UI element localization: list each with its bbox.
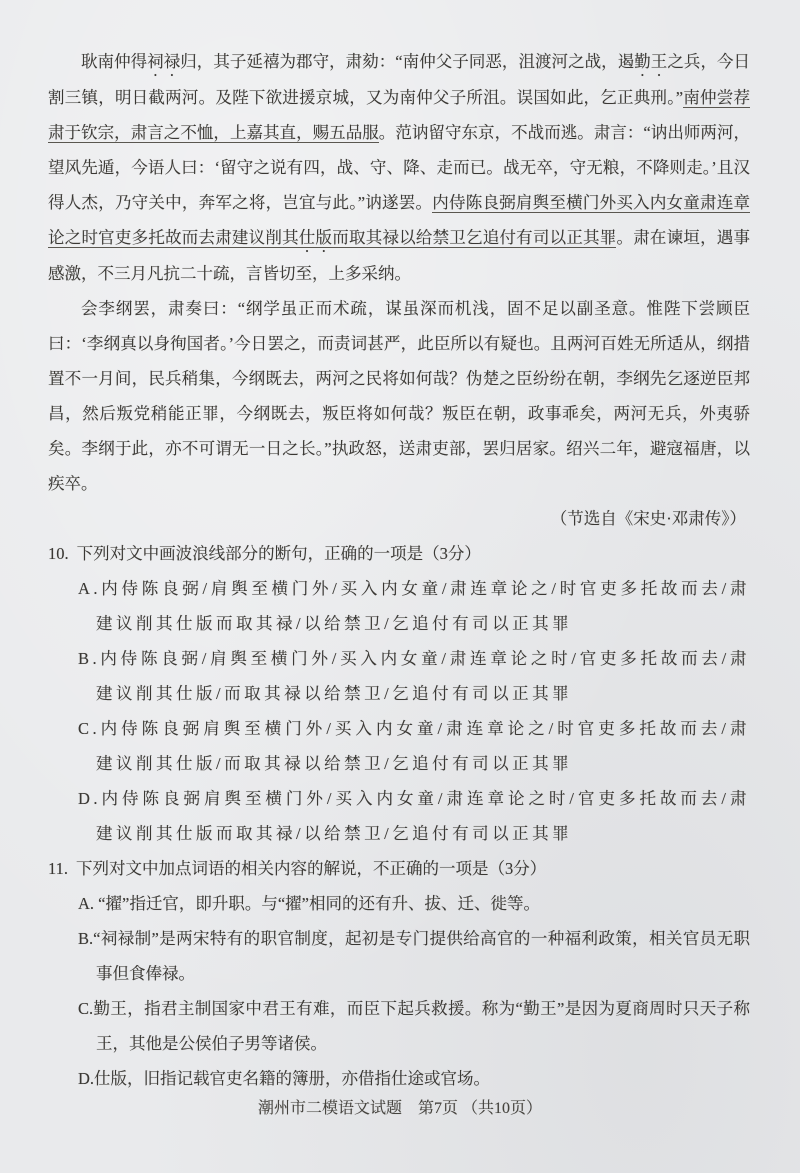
question-11: 11.下列对文中加点词语的相关内容的解说，不正确的一项是（3分） A. “擢”指… xyxy=(48,851,750,1096)
wavy-underlined-dotted-term: 仕版 xyxy=(299,228,332,248)
question-10-number: 10. xyxy=(48,544,69,563)
question-10-option-a: A.内侍陈良弼/肩舆至横门外/买入内女童/肃连章论之/时官吏多托故而去/肃建议削… xyxy=(48,571,750,641)
page-footer: 潮州市二模语文试题 第7页 （共10页） xyxy=(0,1097,800,1121)
wavy-underlined-passage: 而取其禄以给禁卫乞追付有司以正其罪 xyxy=(332,228,616,248)
emphasis-dotted-term: 勤王 xyxy=(634,52,667,71)
question-11-stem: 11.下列对文中加点词语的相关内容的解说，不正确的一项是（3分） xyxy=(48,851,750,886)
passage-paragraph-2: 会李纲罢，肃奏曰：“纲学虽正而术疏，谋虽深而机浅，固不足以副圣意。惟陛下尝顾臣曰… xyxy=(48,291,750,501)
question-10-stem-text: 下列对文中画波浪线部分的断句，正确的一项是（3分） xyxy=(77,544,481,563)
question-11-stem-text: 下列对文中加点词语的相关内容的解说，不正确的一项是（3分） xyxy=(76,859,546,878)
question-10: 10.下列对文中画波浪线部分的断句，正确的一项是（3分） A.内侍陈良弼/肩舆至… xyxy=(48,536,750,851)
question-10-option-b: B.内侍陈良弼/肩舆至横门外/买入内女童/肃连章论之时/官吏多托故而去/肃建议削… xyxy=(48,641,750,711)
passage-paragraph-1: 耿南仲得祠禄归，其子延禧为郡守，肃劾：“南仲父子同恶，沮渡河之战，遏勤王之兵，今… xyxy=(48,44,750,291)
page-content: 耿南仲得祠禄归，其子延禧为郡守，肃劾：“南仲父子同恶，沮渡河之战，遏勤王之兵，今… xyxy=(48,44,750,1096)
question-11-number: 11. xyxy=(48,859,68,878)
exam-page-scan: 耿南仲得祠禄归，其子延禧为郡守，肃劾：“南仲父子同恶，沮渡河之战，遏勤王之兵，今… xyxy=(0,0,800,1173)
passage-text: 归，其子延禧为郡守，肃劾：“南仲父子同恶，沮渡河之战，遏 xyxy=(180,52,634,71)
question-10-option-c: C.内侍陈良弼肩舆至横门外/买入内女童/肃连章论之/时官吏多托故而去/肃建议削其… xyxy=(48,711,750,781)
question-11-option-a: A. “擢”指迁官，即升职。与“擢”相同的还有升、拔、迁、徙等。 xyxy=(48,886,750,921)
passage-source-attribution: （节选自《宋史·邓肃传》） xyxy=(48,501,750,536)
emphasis-dotted-term: 祠禄 xyxy=(147,52,180,71)
question-11-option-c: C.勤王，指君主制国家中君王有难，而臣下起兵救援。称为“勤王”是因为夏商周时只天… xyxy=(48,991,750,1061)
question-11-option-b: B.“祠禄制”是两宋特有的职官制度，起初是专门提供给高官的一种福利政策，相关官员… xyxy=(48,921,750,991)
question-10-stem: 10.下列对文中画波浪线部分的断句，正确的一项是（3分） xyxy=(48,536,750,571)
passage-text: 耿南仲得 xyxy=(81,52,147,71)
question-11-option-d: D.仕版，旧指记载官吏名籍的簿册，亦借指仕途或官场。 xyxy=(48,1061,750,1096)
question-10-option-d: D.内侍陈良弼肩舆至横门外/买入内女童/肃连章论之时/官吏多托故而去/肃建议削其… xyxy=(48,781,750,851)
